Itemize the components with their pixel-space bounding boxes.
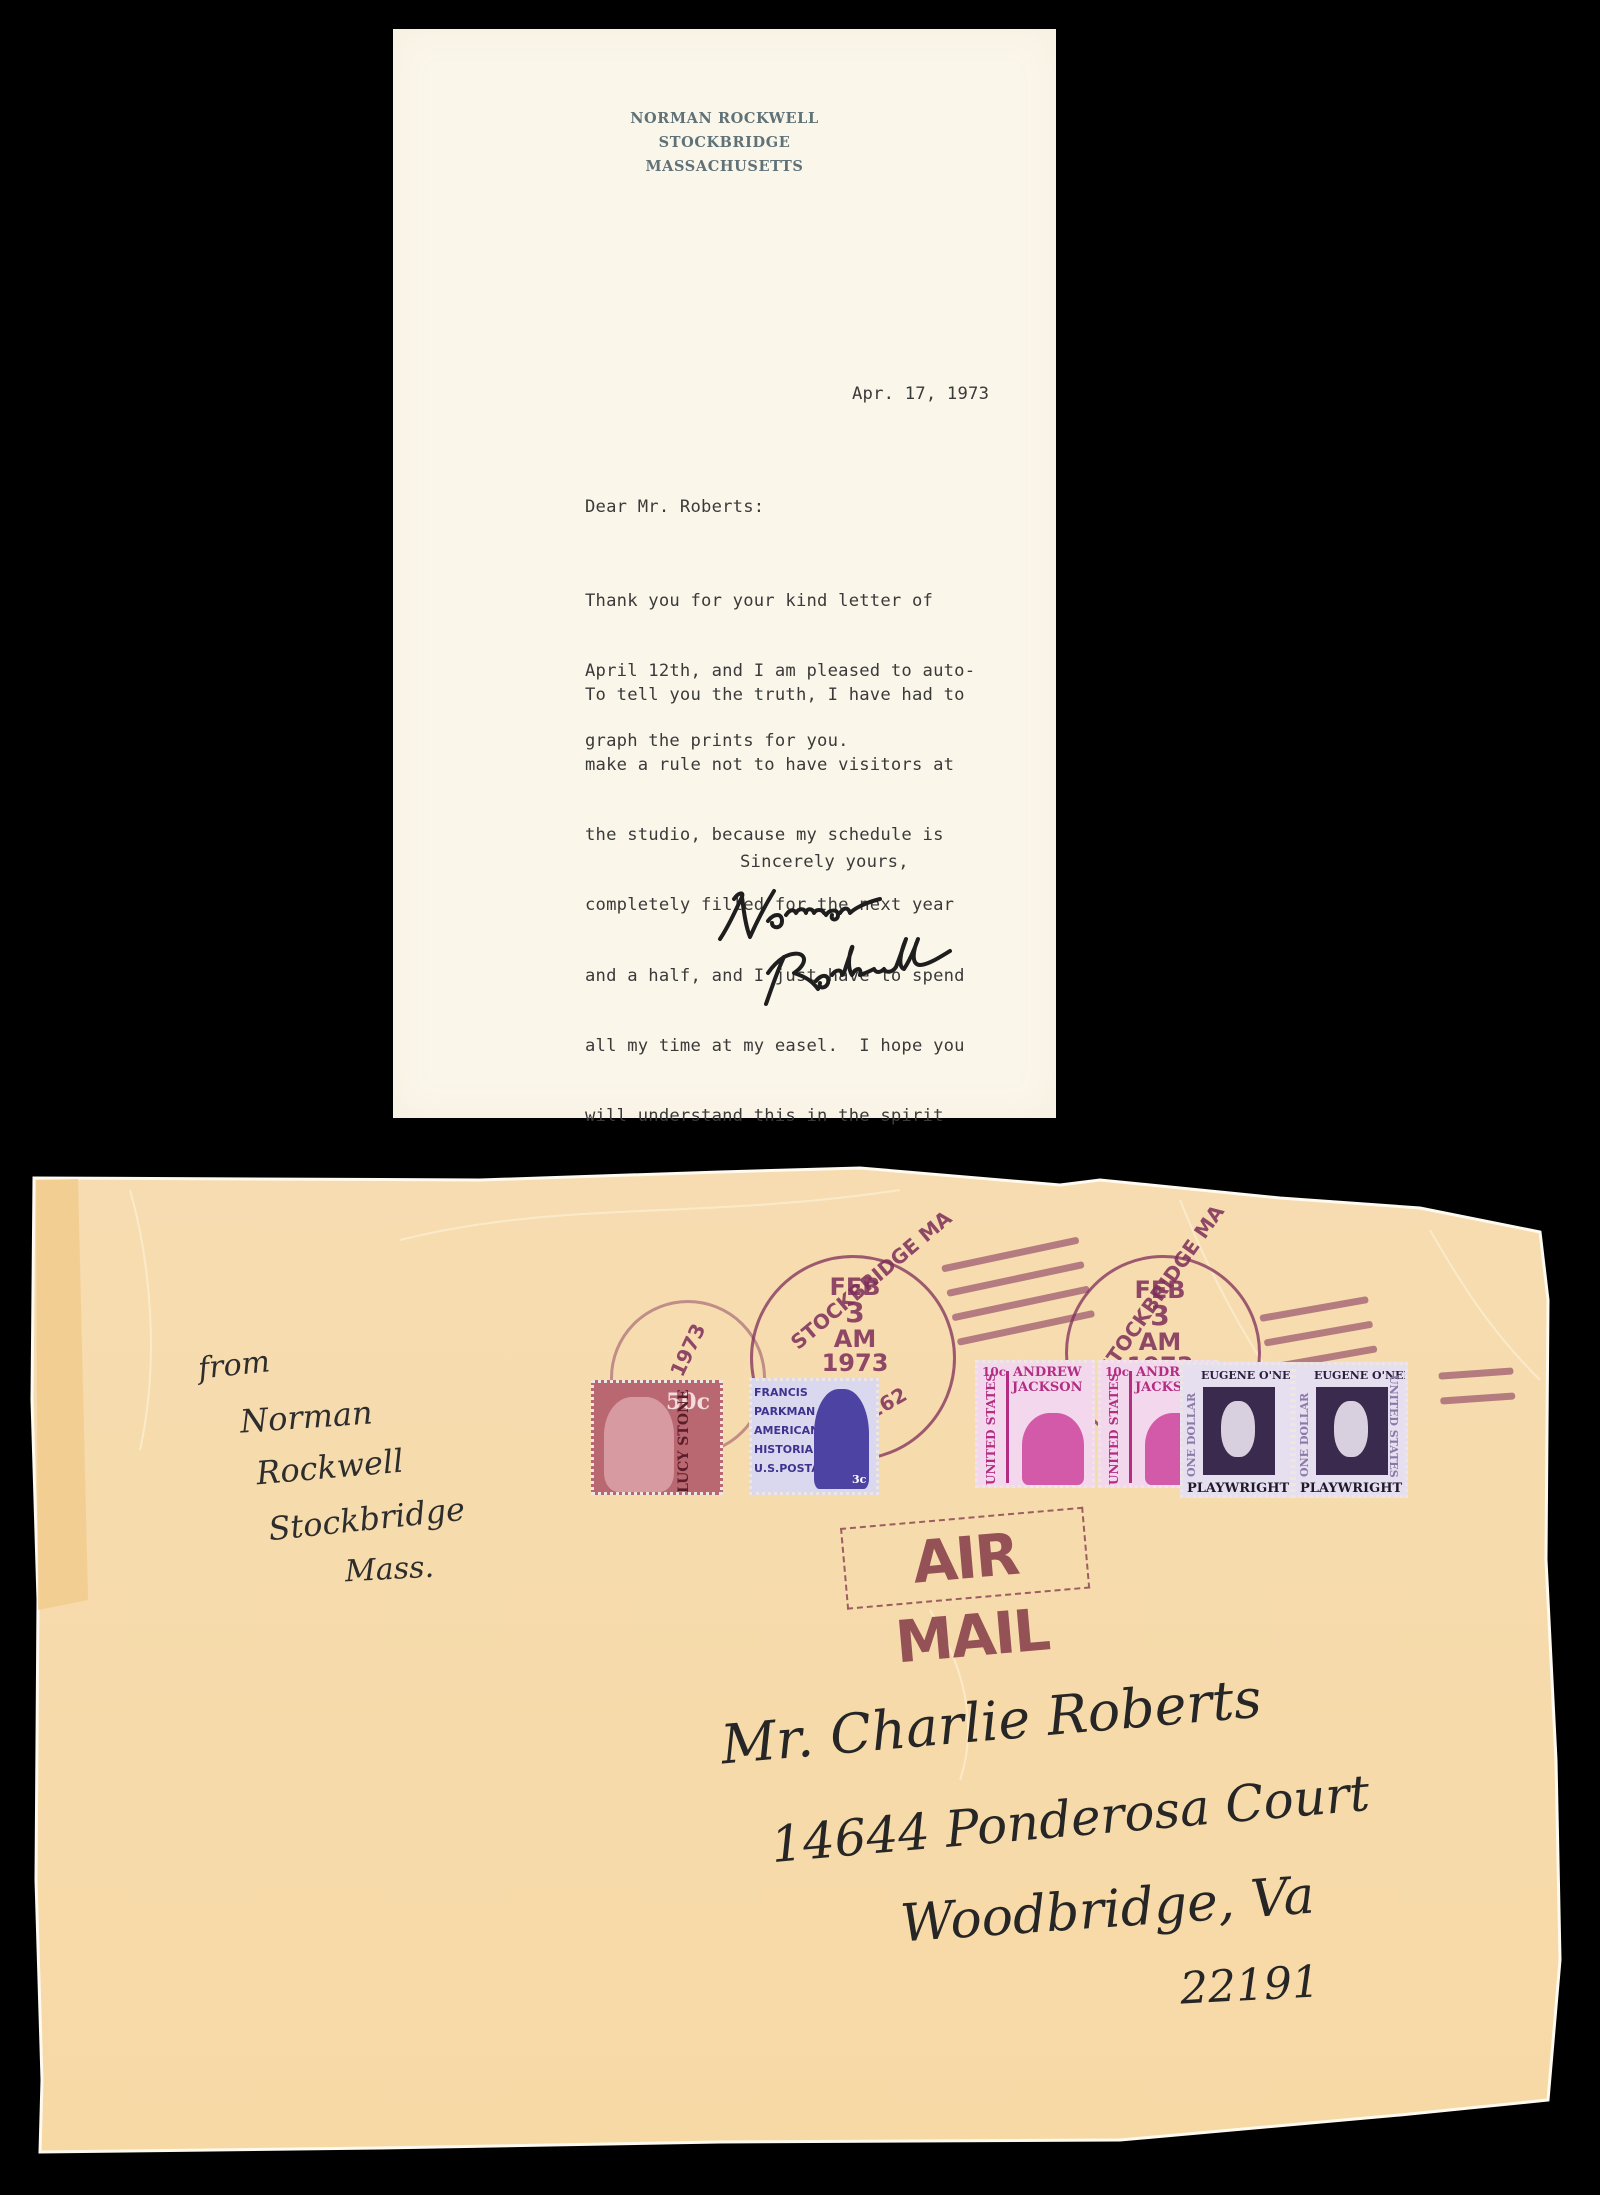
- stamp-side-text: UNITED STATES: [1107, 1373, 1121, 1485]
- stamp-denomination: ONE DOLLAR: [1298, 1393, 1311, 1477]
- portrait-icon: [1316, 1387, 1388, 1475]
- stamp-eugene-oneill: EUGENE O'NEILL PLAYWRIGHT ONE DOLLAR: [1180, 1362, 1293, 1498]
- stamp-caption-playwright: PLAYWRIGHT: [1300, 1481, 1402, 1496]
- stamp-side-text: UNITED STATES: [1387, 1375, 1400, 1478]
- stamp-francis-parkman: FRANCIS PARKMAN AMERICAN HISTORIAN U.S.P…: [749, 1378, 879, 1495]
- divider: [1006, 1371, 1009, 1483]
- stamp-side-text: UNITED STATES: [984, 1373, 998, 1485]
- divider: [1129, 1371, 1132, 1483]
- stamp-eugene-oneill: EUGENE O'NEILL PLAYWRIGHT ONE DOLLAR UNI…: [1293, 1362, 1408, 1498]
- portrait-icon: [1203, 1387, 1275, 1475]
- portrait-icon: [604, 1397, 674, 1492]
- postmark-year: 1973: [820, 1351, 890, 1375]
- return-state: Mass.: [344, 1550, 435, 1590]
- text-line: JACKSON: [1012, 1380, 1082, 1395]
- recipient-zip: 22191: [1179, 1956, 1321, 2014]
- return-from: from: [196, 1344, 271, 1386]
- cancellation-lines: [1438, 1367, 1516, 1422]
- stamp-andrew-jackson: 10c ANDREW JACKSON UNITED STATES: [975, 1360, 1095, 1488]
- text-line: ANDREW: [1012, 1365, 1082, 1380]
- postmark-time: AM: [820, 1327, 890, 1351]
- stamp-denomination: 3c: [852, 1473, 866, 1486]
- portrait-icon: [1022, 1413, 1084, 1485]
- stamp-caption: EUGENE O'NEILL: [1201, 1369, 1293, 1382]
- stamp-denomination: ONE DOLLAR: [1185, 1393, 1198, 1477]
- stamp-caption: LUCY STONE: [676, 1390, 692, 1494]
- stamp-caption: ANDREW JACKSON: [1012, 1365, 1082, 1395]
- stamp-caption-playwright: PLAYWRIGHT: [1187, 1481, 1289, 1496]
- stamp-lucy-stone: 50c LUCY STONE: [591, 1380, 723, 1495]
